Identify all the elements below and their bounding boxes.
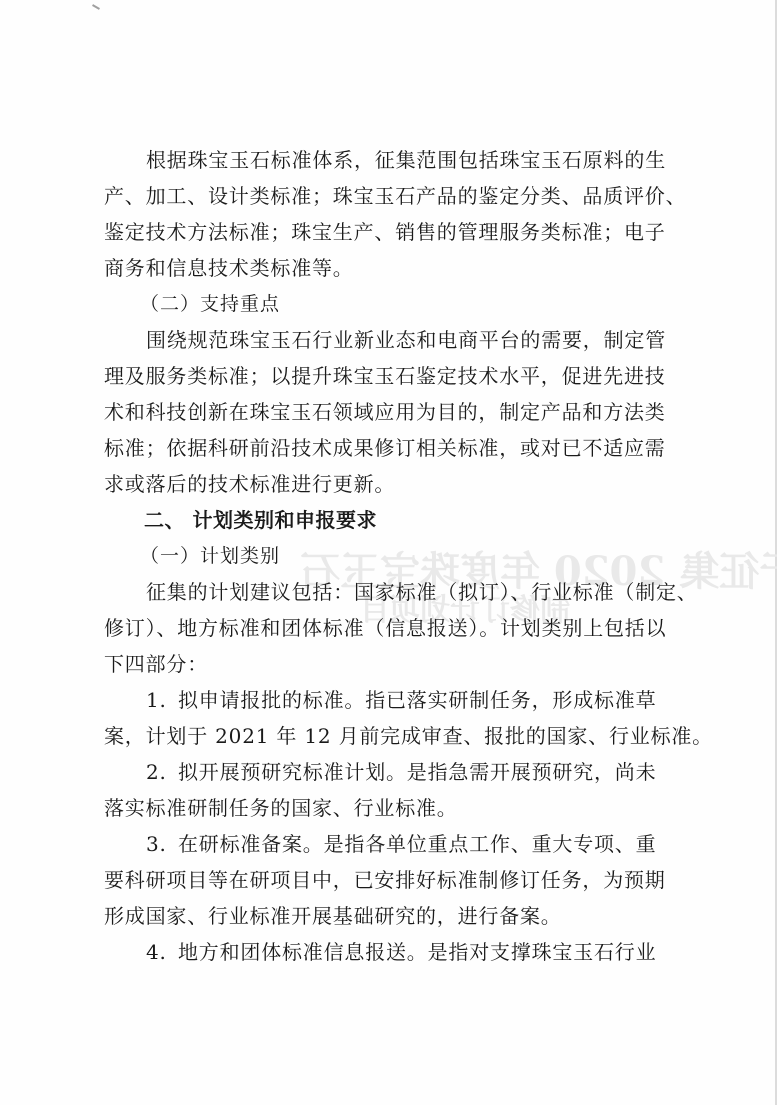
text-line: 3.在研标准备案。是指各单位重点工作、重大专项、重	[104, 826, 654, 862]
text-line: 下四部分：	[104, 646, 654, 682]
section-heading-plan-categories: 二、 计划类别和申报要求	[104, 502, 654, 538]
document-body: 根据珠宝玉石标准体系，征集范围包括珠宝玉石原料的生 产、加工、设计类标准；珠宝玉…	[104, 142, 654, 970]
text-line: 围绕规范珠宝玉石行业新业态和电商平台的需要，制定管	[104, 322, 654, 358]
subheading-support-focus: （二）支持重点	[104, 286, 654, 322]
text-line: 修订）、地方标准和团体标准（信息报送）。计划类别上包括以	[104, 610, 654, 646]
paragraph-plan-intro: 征集的计划建议包括：国家标准（拟订）、行业标准（制定、 修订）、地方标准和团体标…	[104, 574, 654, 682]
text-line: 形成国家、行业标准开展基础研究的，进行备案。	[104, 898, 654, 934]
text-line: 产、加工、设计类标准；珠宝玉石产品的鉴定分类、品质评价、	[104, 178, 654, 214]
list-item-number: 4.	[146, 934, 178, 970]
list-item-number: 1.	[146, 682, 178, 718]
text-line: 2.拟开展预研究标准计划。是指急需开展预研究，尚未	[104, 754, 654, 790]
list-item: 1.拟申请报批的标准。指已落实研制任务，形成标准草 案，计划于 2021 年 1…	[104, 682, 654, 754]
text-line: 根据珠宝玉石标准体系，征集范围包括珠宝玉石原料的生	[104, 142, 654, 178]
scanned-page: 关于征集 2020 年度珠宝玉石 制修订计划项目 根据珠宝玉石标准体系，征集范围…	[0, 0, 777, 1105]
list-item-text: 地方和团体标准信息报送。是指对支撑珠宝玉石行业	[178, 940, 656, 964]
text-line: 术和科技创新在珠宝玉石领域应用为目的，制定产品和方法类	[104, 394, 654, 430]
text-line: 要科研项目等在研项目中，已安排好标准制修订任务，为预期	[104, 862, 654, 898]
subheading-plan-category: （一）计划类别	[104, 538, 654, 574]
scan-artifact-mark	[92, 4, 100, 10]
text-line: 标准；依据科研前沿技术成果修订相关标准，或对已不适应需	[104, 430, 654, 466]
text-line: 征集的计划建议包括：国家标准（拟订）、行业标准（制定、	[104, 574, 654, 610]
text-line: 商务和信息技术类标准等。	[104, 250, 654, 286]
text-line: 4.地方和团体标准信息报送。是指对支撑珠宝玉石行业	[104, 934, 654, 970]
text-line: 案，计划于 2021 年 12 月前完成审查、报批的国家、行业标准。	[104, 718, 654, 754]
list-item-text: 拟申请报批的标准。指已落实研制任务，形成标准草	[178, 688, 656, 712]
text-line: 落实标准研制任务的国家、行业标准。	[104, 790, 654, 826]
text-line: 1.拟申请报批的标准。指已落实研制任务，形成标准草	[104, 682, 654, 718]
list-item-text: 拟开展预研究标准计划。是指急需开展预研究，尚未	[178, 760, 656, 784]
list-item: 2.拟开展预研究标准计划。是指急需开展预研究，尚未 落实标准研制任务的国家、行业…	[104, 754, 654, 826]
text-line: 求或落后的技术标准进行更新。	[104, 466, 654, 502]
text-line: 鉴定技术方法标准；珠宝生产、销售的管理服务类标准；电子	[104, 214, 654, 250]
list-item-text: 在研标准备案。是指各单位重点工作、重大专项、重	[178, 832, 656, 856]
list-item-number: 3.	[146, 826, 178, 862]
list-item: 4.地方和团体标准信息报送。是指对支撑珠宝玉石行业	[104, 934, 654, 970]
paragraph-scope: 根据珠宝玉石标准体系，征集范围包括珠宝玉石原料的生 产、加工、设计类标准；珠宝玉…	[104, 142, 654, 286]
text-line: 理及服务类标准；以提升珠宝玉石鉴定技术水平，促进先进技	[104, 358, 654, 394]
paragraph-support: 围绕规范珠宝玉石行业新业态和电商平台的需要，制定管 理及服务类标准；以提升珠宝玉…	[104, 322, 654, 502]
list-item-number: 2.	[146, 754, 178, 790]
list-item: 3.在研标准备案。是指各单位重点工作、重大专项、重 要科研项目等在研项目中，已安…	[104, 826, 654, 934]
